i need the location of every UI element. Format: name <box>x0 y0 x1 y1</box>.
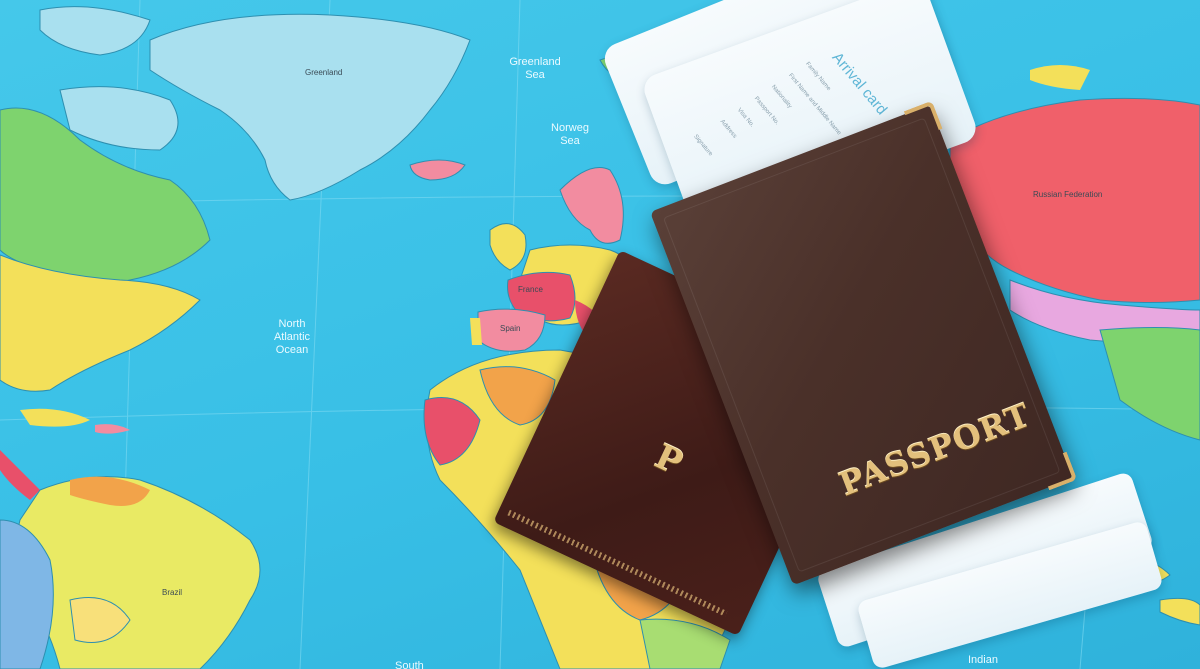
card-field-first-name: First Name and Middle Name <box>787 73 842 137</box>
map-label-south: South <box>395 660 424 669</box>
passport-title: PASSPORT <box>834 396 1036 504</box>
map-label-france: France <box>518 283 543 296</box>
south-america-shape <box>17 477 260 669</box>
card-field-visa-no: Visa No. <box>736 107 755 128</box>
map-label-spain: Spain <box>500 322 520 335</box>
arrival-card-title: Arrival card <box>829 49 891 118</box>
map-label-brazil: Brazil <box>162 586 182 599</box>
map-label-norwegian-sea: Norweg Sea <box>540 122 600 148</box>
map-label-greenland-sea: Greenland Sea <box>500 56 570 82</box>
map-label-north-atlantic: North Atlantic Ocean <box>262 318 322 357</box>
card-field-signature: Signature <box>692 134 713 158</box>
passport-back-letter: P <box>648 437 689 484</box>
card-field-family-name: Family Name <box>804 61 831 92</box>
card-field-address: Address <box>719 119 738 140</box>
map-label-russian-federation: Russian Federation <box>1033 188 1102 201</box>
card-field-passport-no: Passport No. <box>753 96 780 126</box>
map-label-indian: Indian <box>968 654 998 667</box>
map-label-greenland: Greenland <box>305 66 342 79</box>
card-field-nationality: Nationality <box>770 84 793 109</box>
travel-scene: Greenland Greenland Sea Norweg Sea North… <box>0 0 1200 669</box>
